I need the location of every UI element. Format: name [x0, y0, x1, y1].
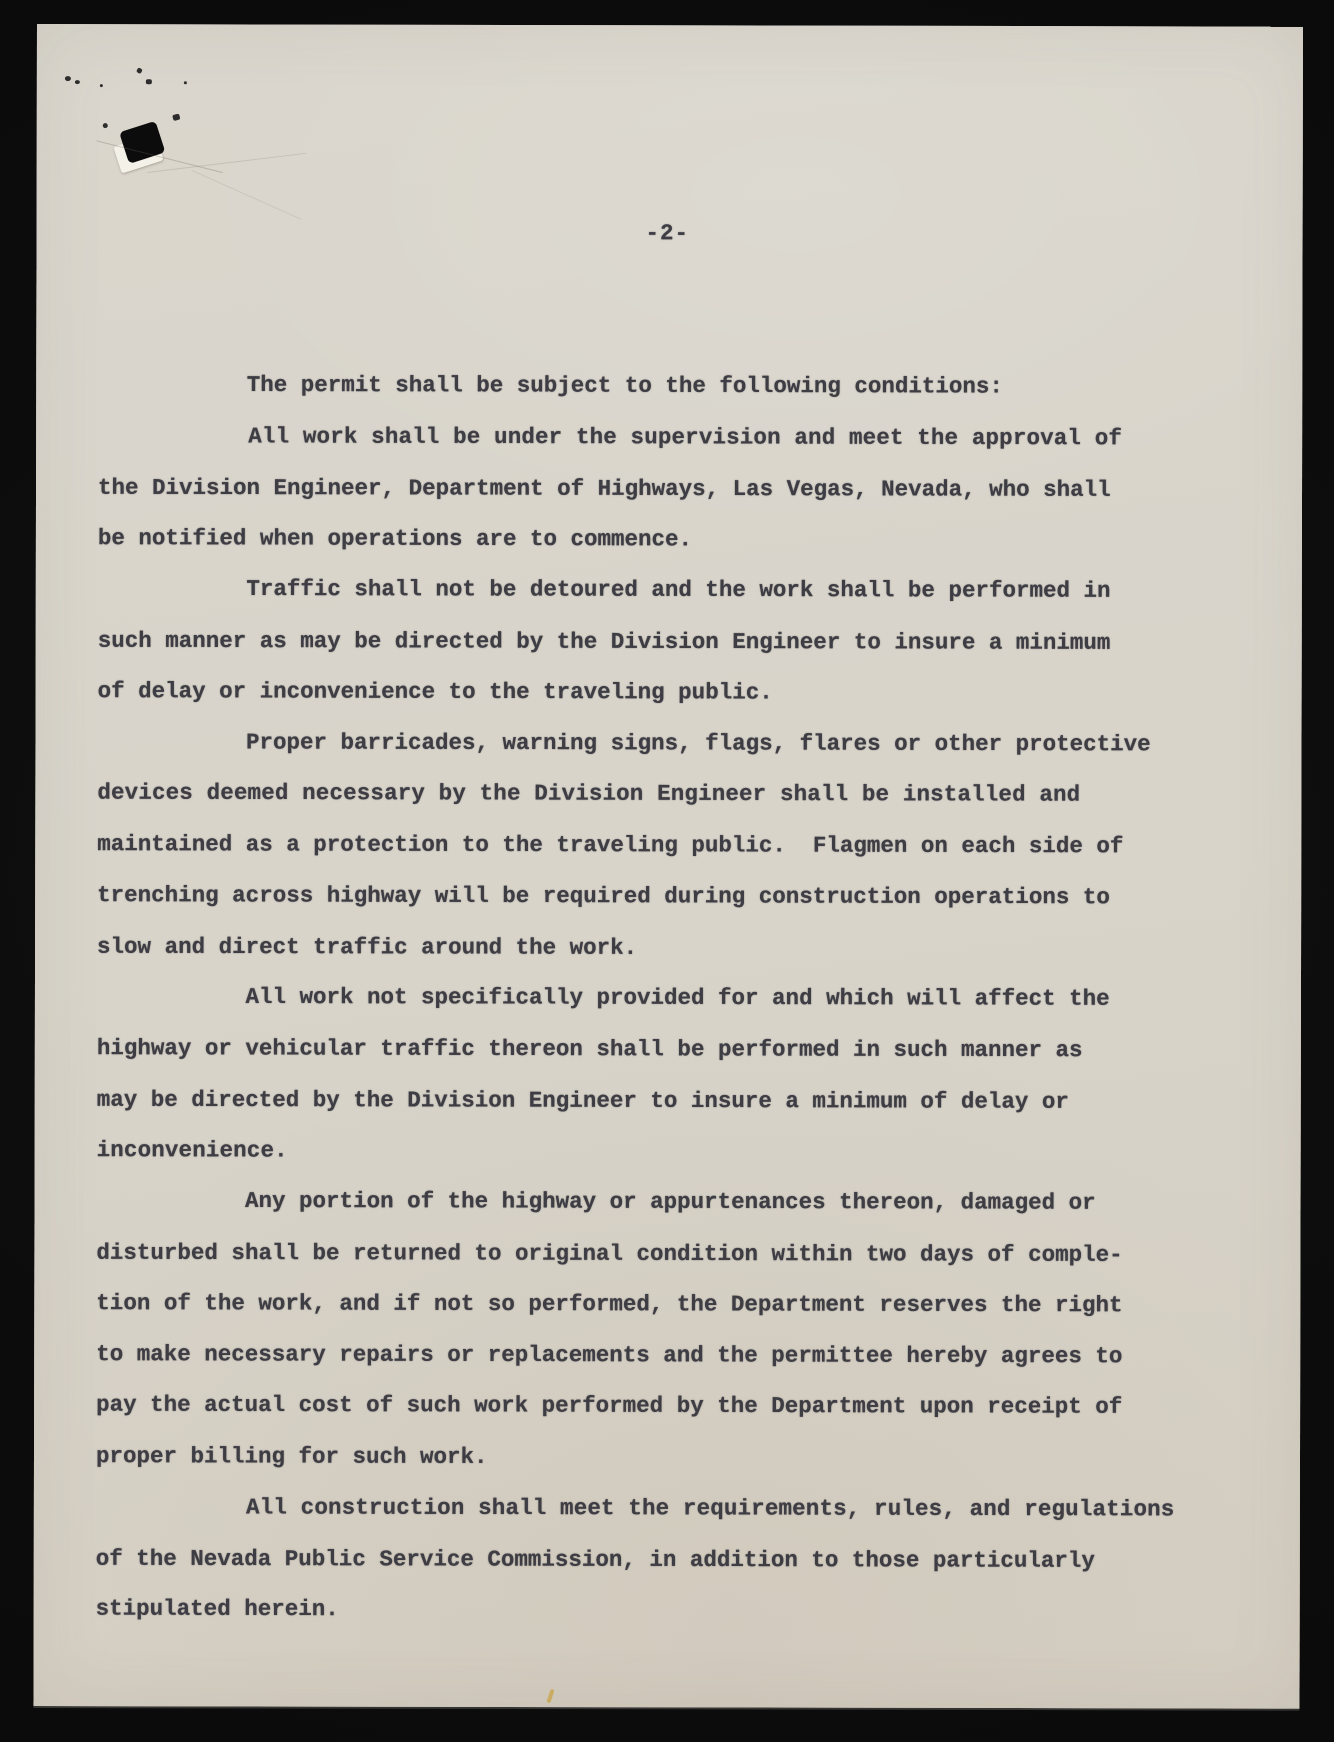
page-number: -2-	[99, 207, 1263, 260]
text-line: All construction shall meet the requirem…	[96, 1482, 1260, 1535]
text-line: devices deemed necessary by the Division…	[97, 768, 1261, 821]
text-line: of the Nevada Public Service Commission,…	[96, 1534, 1260, 1587]
document-body: The permit shall be subject to the follo…	[96, 360, 1263, 1637]
document-page: -2- The permit shall be subject to the f…	[33, 24, 1303, 1709]
text-line: may be directed by the Division Engineer…	[97, 1075, 1261, 1128]
text-line: All work not specifically provided for a…	[97, 972, 1261, 1025]
text-line: proper billing for such work.	[96, 1431, 1260, 1484]
text-line: The permit shall be subject to the follo…	[98, 360, 1262, 413]
text-line: tion of the work, and if not so performe…	[96, 1278, 1260, 1331]
text-line: of delay or inconvenience to the traveli…	[98, 666, 1262, 719]
text-line: inconvenience.	[97, 1125, 1261, 1178]
typewritten-text-block: -2- The permit shall be subject to the f…	[33, 24, 1303, 1740]
text-line: disturbed shall be returned to original …	[96, 1228, 1260, 1281]
scanner-background: -2- The permit shall be subject to the f…	[0, 0, 1334, 1742]
text-line: to make necessary repairs or replacement…	[96, 1329, 1260, 1382]
text-line: slow and direct traffic around the work.	[97, 922, 1261, 975]
text-line: Any portion of the highway or appurtenan…	[96, 1176, 1260, 1229]
text-line: such manner as may be directed by the Di…	[98, 616, 1262, 669]
text-line: highway or vehicular traffic thereon sha…	[97, 1023, 1261, 1076]
text-line: Traffic shall not be detoured and the wo…	[98, 564, 1262, 617]
text-line: pay the actual cost of such work perform…	[96, 1380, 1260, 1433]
text-line: trenching across highway will be require…	[97, 870, 1261, 923]
text-line: stipulated herein.	[96, 1584, 1260, 1637]
text-line: maintained as a protection to the travel…	[97, 819, 1261, 872]
text-line: All work shall be under the supervision …	[98, 411, 1262, 464]
text-line: be notified when operations are to comme…	[98, 513, 1262, 566]
text-line: the Division Engineer, Department of Hig…	[98, 463, 1262, 516]
text-line: Proper barricades, warning signs, flags,…	[97, 717, 1261, 770]
